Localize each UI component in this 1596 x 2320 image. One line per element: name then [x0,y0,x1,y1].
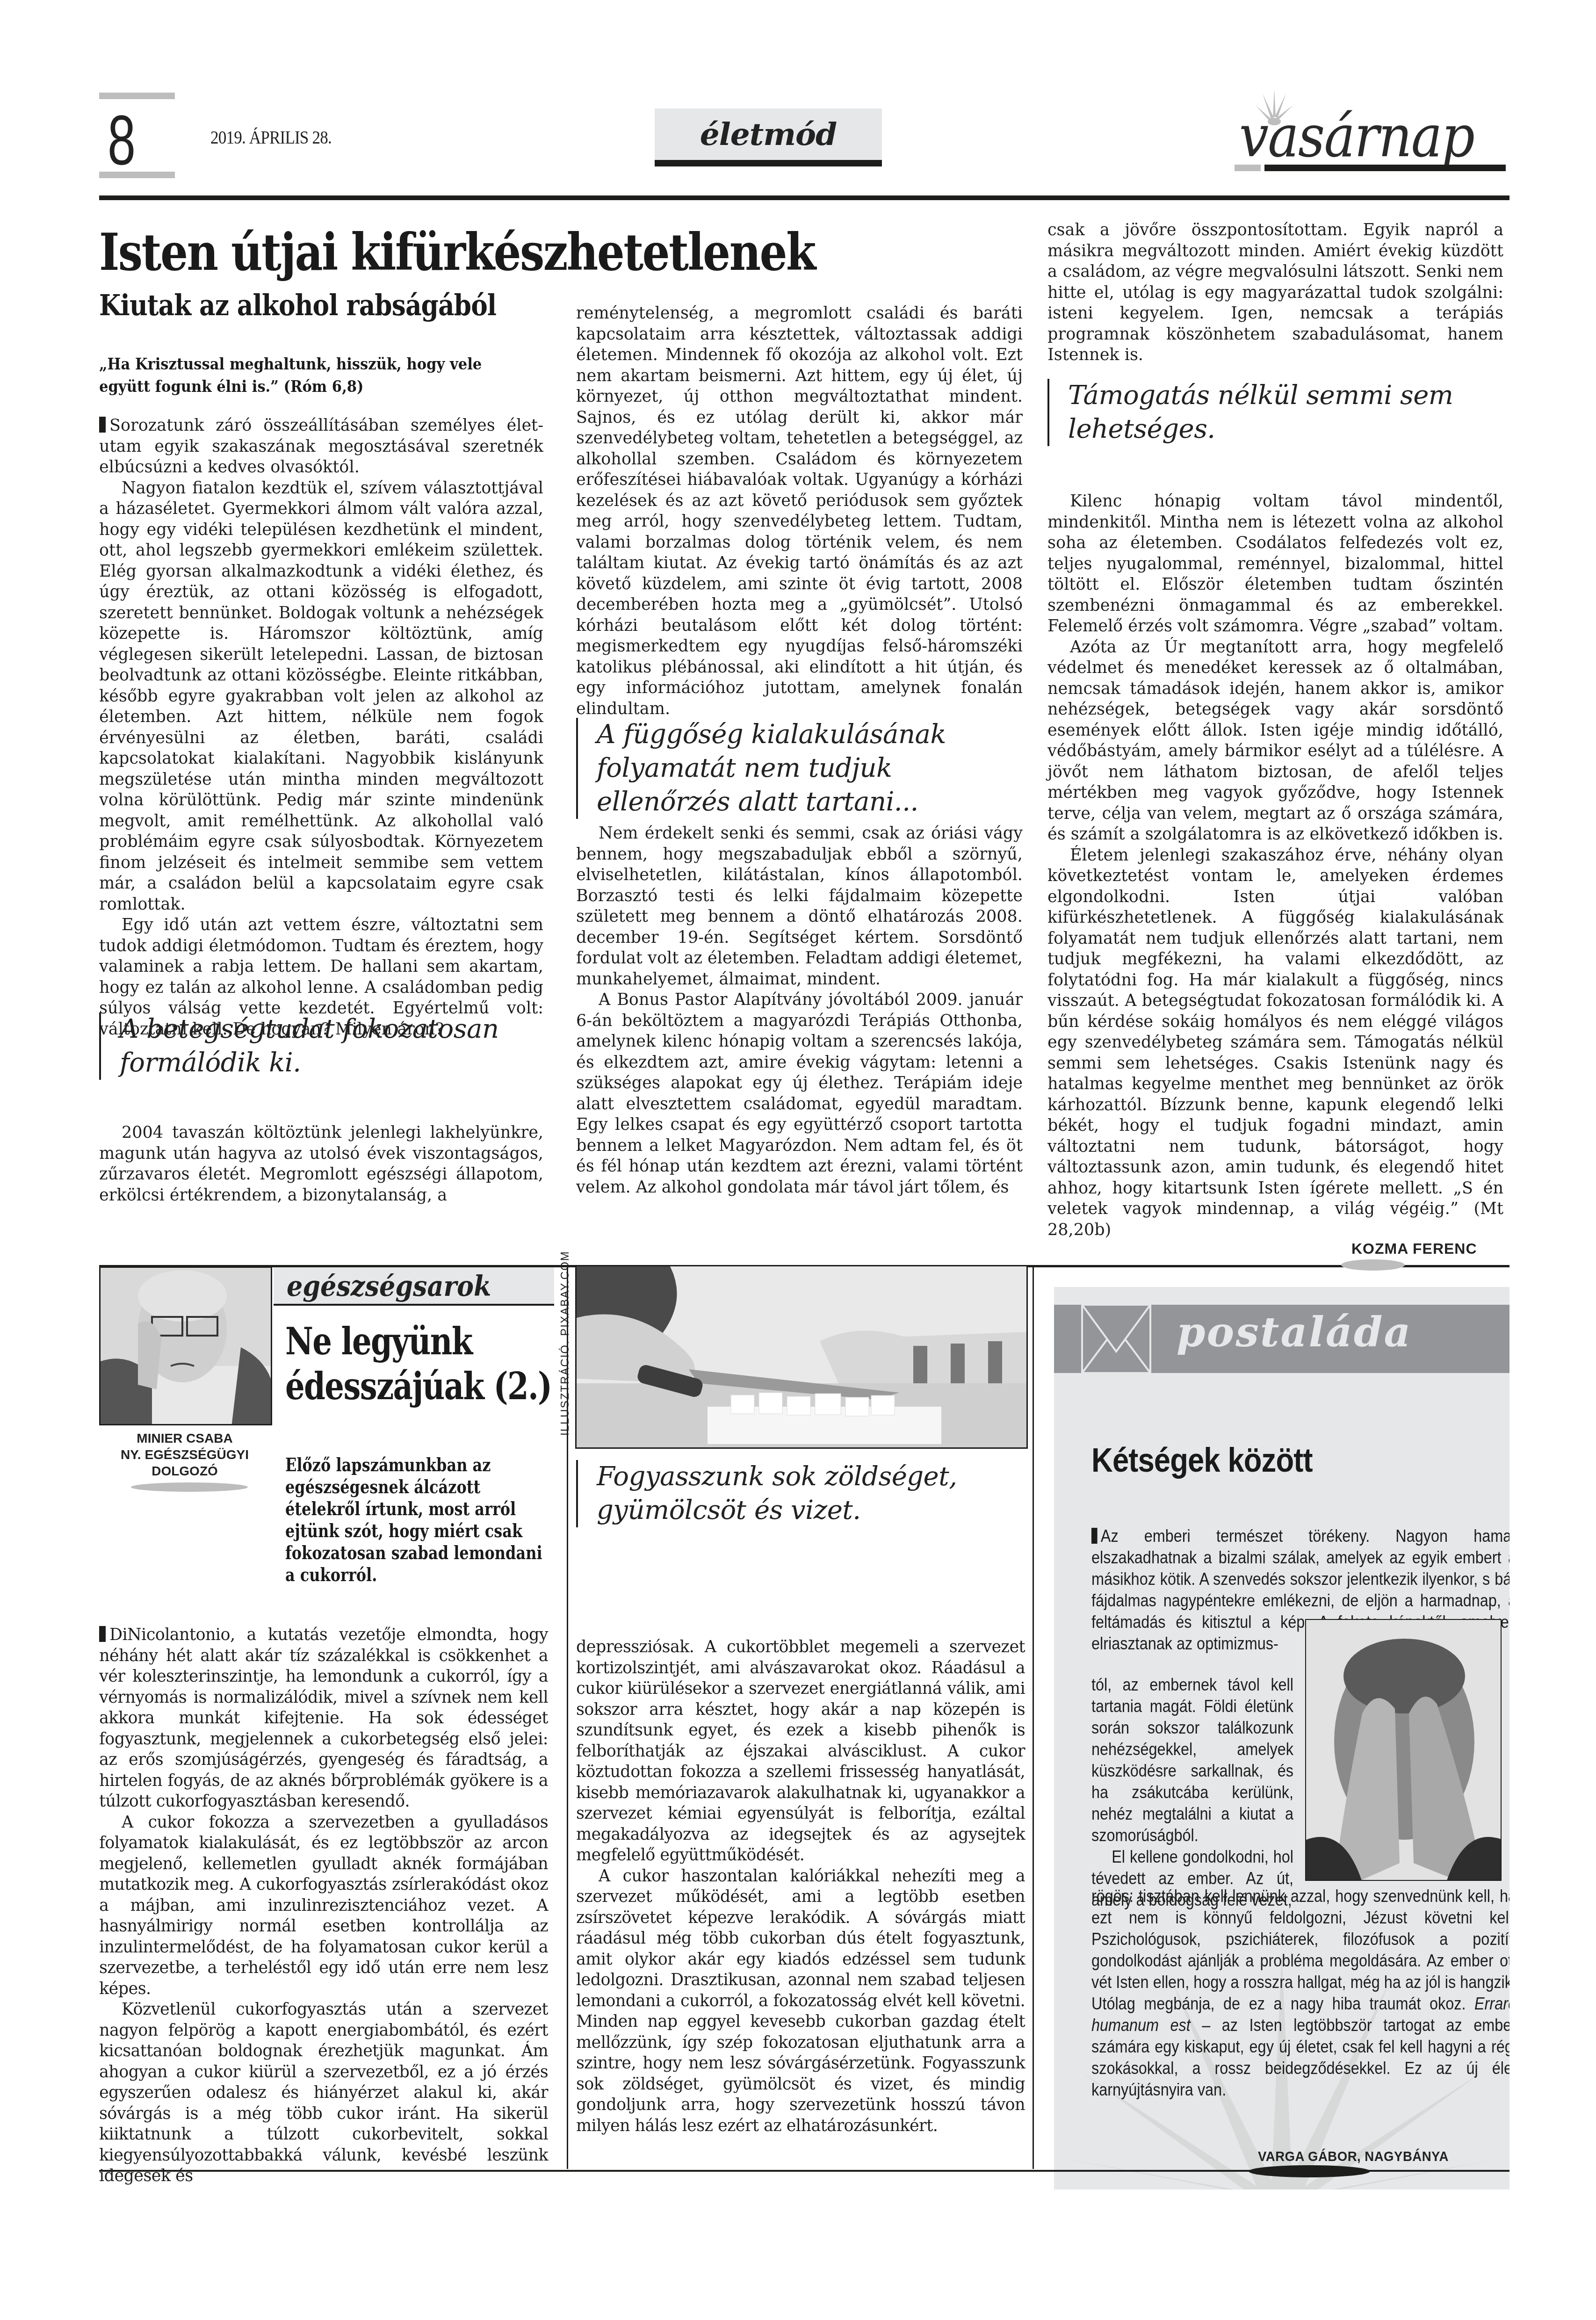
mailbox-photo[interactable] [1305,1619,1502,1881]
pullquote-2: A függőség kialakulásának folyamatát nem… [576,718,997,819]
lead-marker [1091,1528,1098,1544]
article-column-2-continued: Nem érdekelt senki és semmi, csak az óri… [576,823,1023,1198]
article-paragraph: reménytelenség, a megromlott családi és … [576,303,1023,719]
mailbox-label: postaláda [1177,1308,1412,1356]
author-role: DOLGOZÓ [101,1463,269,1479]
image-pullquote: Fogyasszunk sok zöldséget, gyümölcsöt és… [576,1460,997,1527]
page-number-bar-top [99,93,175,99]
article-column-1-continued: 2004 tavaszán költöztünk jelenlegi lakhe… [99,1122,543,1206]
article-lead-paragraph: DiNicolantonio, a kutatás vezetője elmon… [99,1625,548,1812]
brand-logo[interactable]: vasárnap [1235,89,1506,168]
cutting-vegetables-image [577,1266,1028,1449]
article-lead-paragraph: Sorozatunk záró összeállításában személy… [99,415,543,478]
brand-underline [1235,165,1506,171]
author-name: MINIER CSABA [101,1430,269,1446]
column-kicker: egészségsarok [274,1267,554,1306]
article-paragraph: Nem érdekelt senki és semmi, csak az óri… [576,823,1023,990]
article-paragraph: csak a jövőre összpontosítottam. Egyik n… [1047,220,1503,366]
mailbox-header: postaláda [1054,1305,1509,1373]
article-paragraph: A cukor haszontalan kalóriákkal nehezíti… [576,1866,1025,2137]
page-number-bar-bottom [99,172,175,178]
article-headline: Isten útjai kifürkészhetetlenek [99,224,815,281]
caption-ornament [131,1482,248,1492]
envelope-icon [1081,1305,1151,1373]
article-paragraph: Kilenc hónapig voltam távol mindentől, m… [1047,491,1503,637]
article-byline: KOZMA FERENC [1351,1240,1477,1258]
byline-ornament [1341,1259,1405,1271]
article-paragraph: depressziósak. A cukortöbblet megemeli a… [576,1637,1025,1866]
pullquote-3: Támogatás nélkül semmi sem lehetséges. [1047,379,1487,446]
mailbox-body: rögös: tisztában kell lennünk azzal, hog… [1091,1886,1509,2101]
article-column-3: csak a jövőre összpontosítottam. Egyik n… [1047,220,1503,366]
portrait-image [101,1268,272,1425]
section-tab[interactable]: életmód [655,108,882,166]
article-paragraph: Életem jelenlegi szakaszához érve, néhán… [1047,845,1503,1241]
bottom-rule-center [567,2170,1033,2172]
mailbox-narrow-column: tól, az embernek távol kell tartania mag… [1091,1674,1293,1911]
health-headline: Ne legyünk édesszájúak (2.) [285,1319,500,1409]
mailbox-headline: Kétségek között [1091,1441,1313,1480]
author-photo[interactable] [99,1266,272,1425]
article-subheadline: Kiutak az alkohol rabságából [99,289,496,322]
article-column-3-continued: Kilenc hónapig voltam távol mindentől, m… [1047,491,1503,1240]
article-paragraph: Közvetlenül cukorfogyasztás után a szerv… [99,1999,548,2187]
section-label: életmód [700,116,837,152]
mailbox-byline: VARGA GÁBOR, NAGYBÁNYA [1258,2149,1449,2165]
article-paragraph: 2004 tavaszán költöztünk jelenlegi lakhe… [99,1122,543,1206]
lead-marker [99,417,106,433]
mailbox-ornament [1249,2165,1370,2177]
man-covering-face-image [1306,1620,1502,1881]
article-paragraph: Nagyon fiatalon kezdtük el, szívem válas… [99,478,543,915]
photo-credit: ILLUSZTRÁCIÓ. PIXABAY.COM [559,1250,572,1436]
column-divider [1033,1266,1034,2169]
health-column-2: depressziósak. A cukortöbblet megemeli a… [576,1637,1025,2136]
article-paragraph: Azóta az Úr megtanított arra, hogy megfe… [1047,637,1503,845]
brand-name: vasárnap [1239,103,1474,170]
page-number: 8 [108,105,136,175]
article-column-2: reménytelenség, a megromlott családi és … [576,303,1023,719]
article-paragraph: A cukor fokozza a szervezetben a gyullad… [99,1812,548,2000]
author-caption: MINIER CSABA NY. EGÉSZSÉGÜGYI DOLGOZÓ [101,1430,269,1479]
pullquote-1: A betegségtudat fokozatosan formálódik k… [99,1012,520,1080]
author-role: NY. EGÉSZSÉGÜGYI [101,1446,269,1463]
article-motto: „Ha Krisztussal meghaltunk, hisszük, hog… [99,353,503,398]
bottom-rule-left [99,2170,567,2172]
illustration-photo[interactable] [575,1266,1028,1449]
masthead-rule [99,195,1509,200]
lead-marker [99,1626,106,1642]
column-divider [567,1266,568,2169]
health-deck: Előző lapszámunkban az egészségesnek álc… [285,1454,546,1586]
mailbox-section: postaláda Kétségek között Az emberi term… [1054,1287,1509,2190]
article-paragraph: A Bonus Pastor Alapítvány jóvoltából 200… [576,990,1023,1198]
kicker-label: egészségsarok [287,1270,491,1303]
issue-date: 2019. ÁPRILIS 28. [210,126,332,148]
article-column-1: Sorozatunk záró összeállításában személy… [99,415,543,1040]
health-column-1: DiNicolantonio, a kutatás vezetője elmon… [99,1625,548,2187]
